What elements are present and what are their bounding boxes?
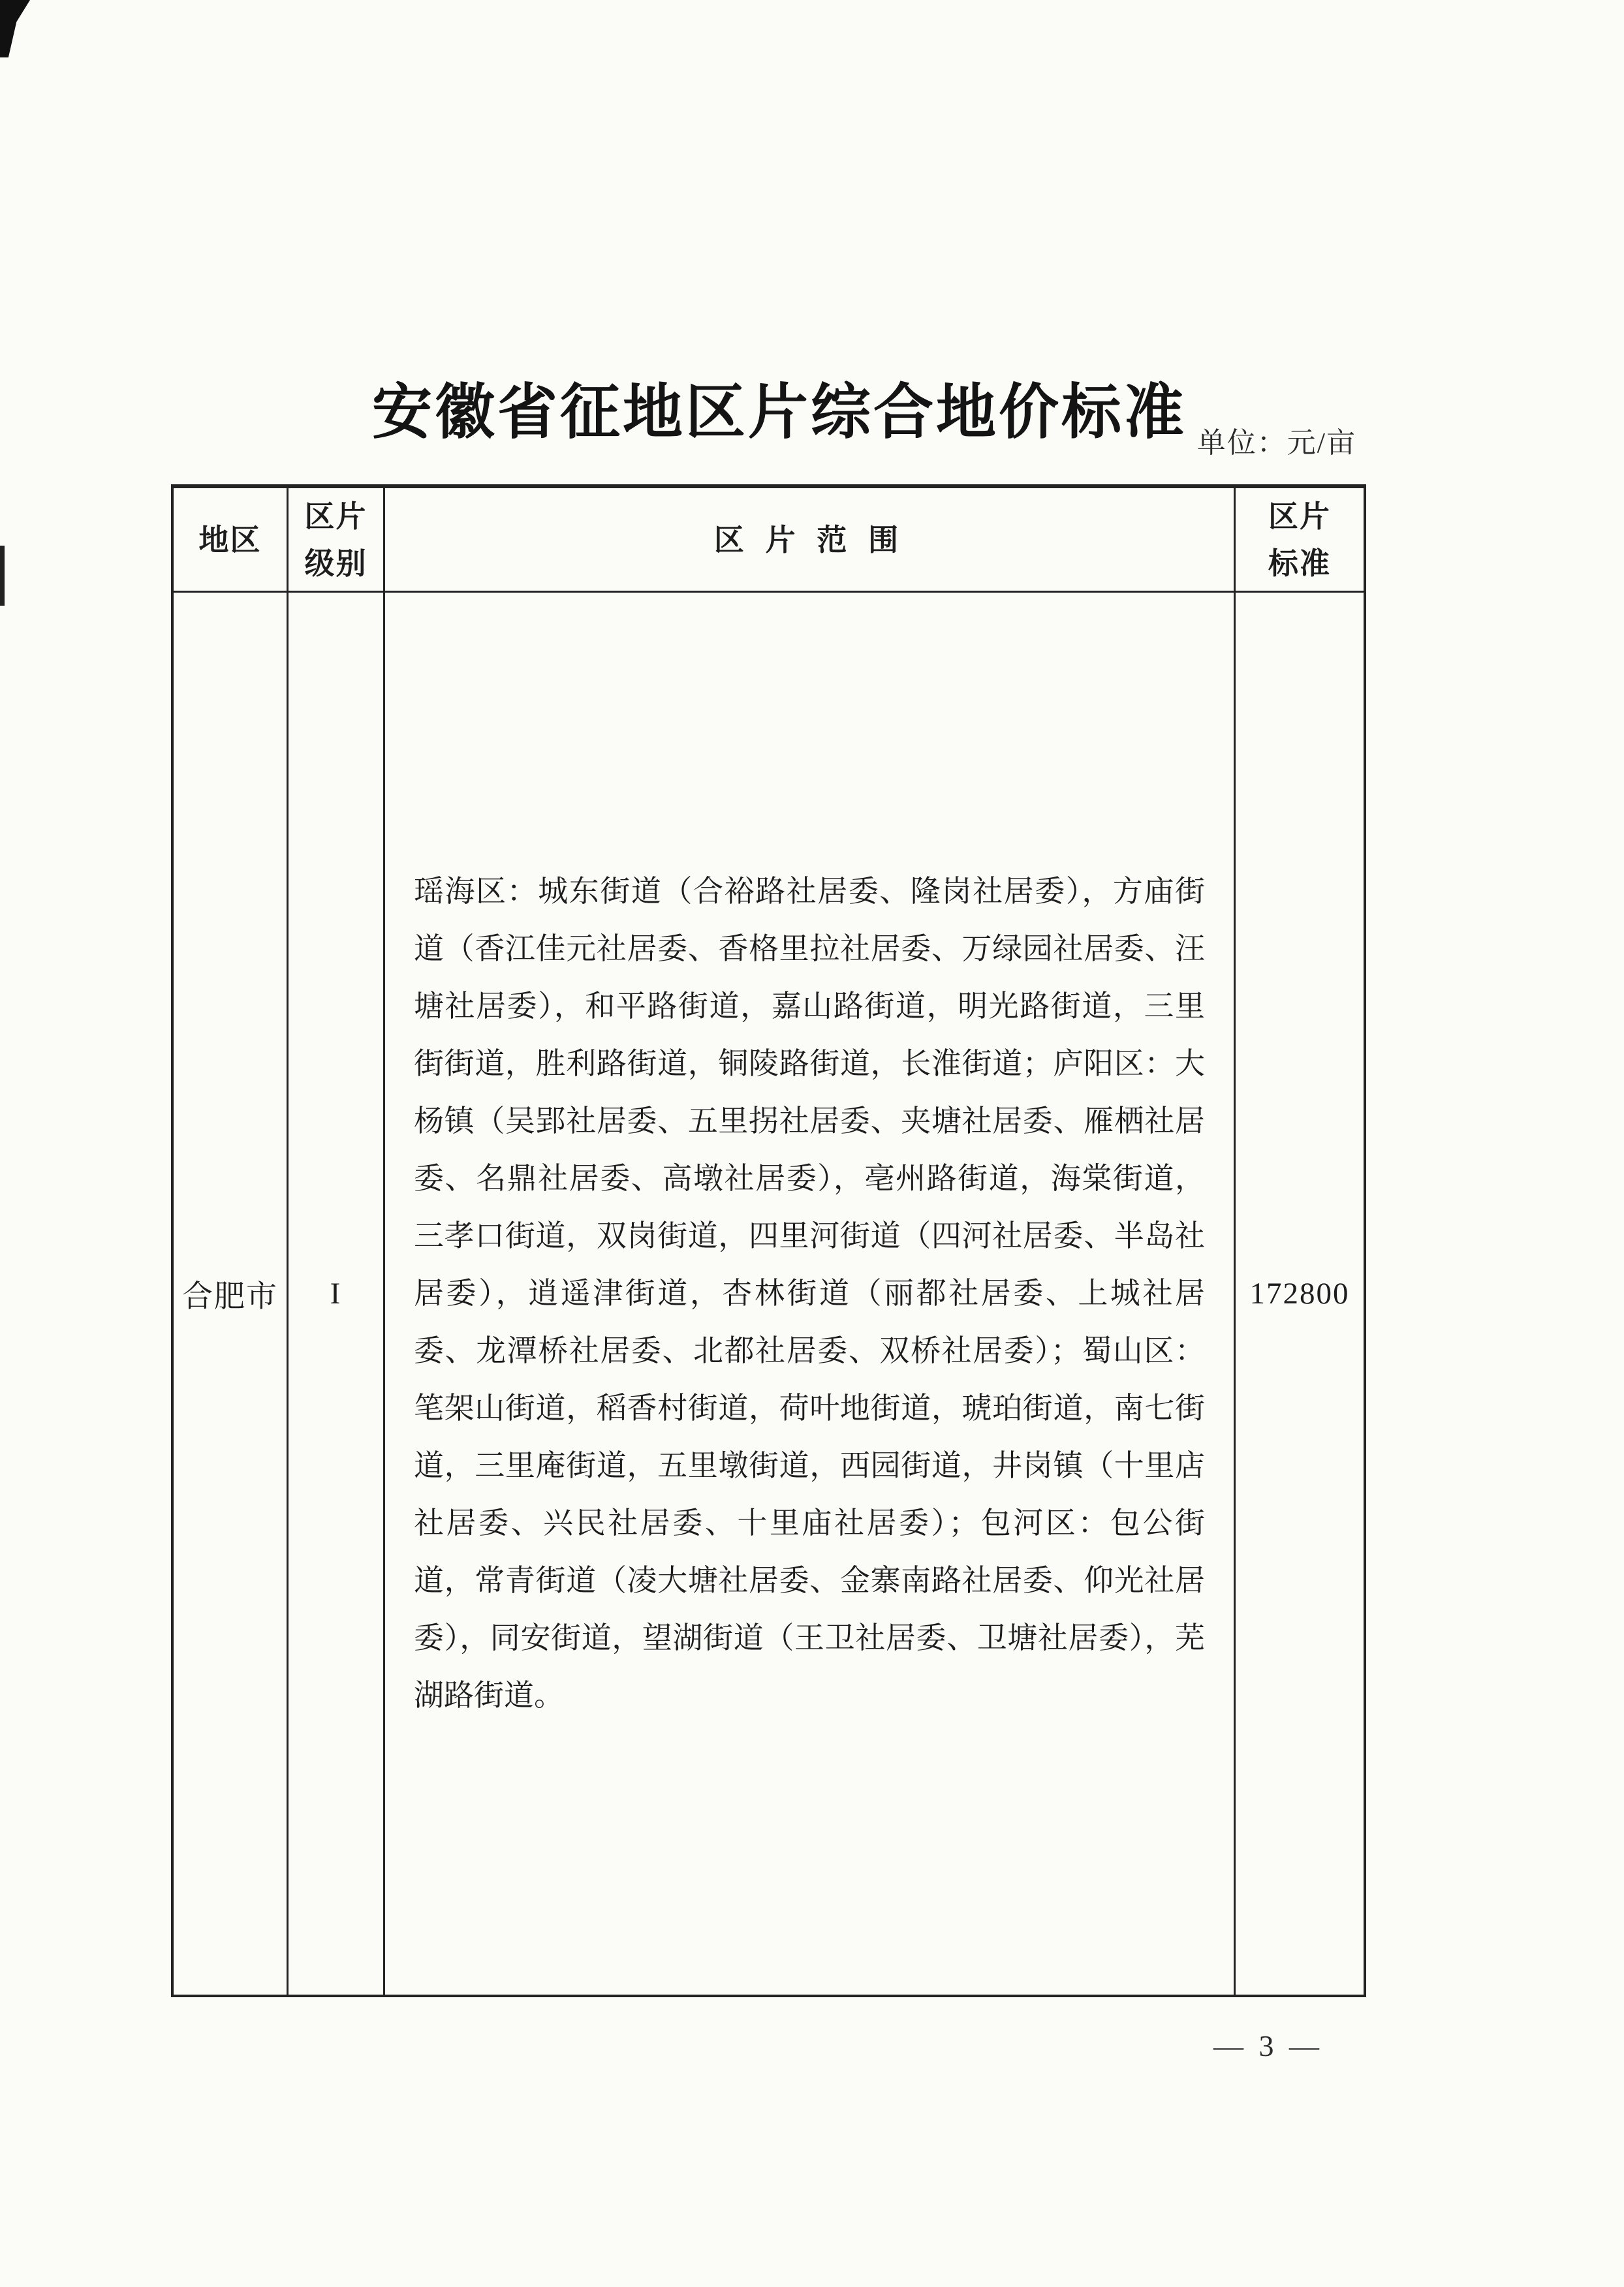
table-row: 合肥市 I 瑶海区：城东街道（合裕路社居委、隆岗社居委），方庙街道（香江佳元社居…: [174, 593, 1364, 1995]
header-level-line2: 级别: [305, 540, 367, 587]
header-area-label: 地区: [199, 516, 262, 563]
header-standard-line1: 区片: [1268, 493, 1331, 540]
cell-standard-value: 172800: [1250, 1276, 1350, 1311]
page-number: — 3 —: [1167, 2029, 1369, 2063]
cell-standard: 172800: [1236, 593, 1364, 1995]
unit-note: 单位：元/亩: [1197, 419, 1356, 461]
table-header-row: 地区 区片 级别 区 片 范 围 区片 标准: [174, 488, 1364, 593]
header-standard: 区片 标准: [1236, 488, 1364, 591]
cell-level: I: [289, 593, 385, 1995]
scan-edge-mark: [0, 546, 5, 606]
land-price-table: 地区 区片 级别 区 片 范 围 区片 标准 合肥市 I 瑶海区：城东街道（合裕…: [171, 484, 1366, 1997]
scan-corner-mark: [0, 0, 30, 57]
cell-range-value: 瑶海区：城东街道（合裕路社居委、隆岗社居委），方庙街道（香江佳元社居委、香格里拉…: [385, 863, 1234, 1724]
cell-range: 瑶海区：城东街道（合裕路社居委、隆岗社居委），方庙街道（香江佳元社居委、香格里拉…: [385, 593, 1236, 1995]
cell-area-value: 合肥市: [182, 1272, 278, 1316]
cell-area: 合肥市: [174, 593, 289, 1995]
cell-level-value: I: [330, 1276, 342, 1311]
header-range-label: 区 片 范 围: [714, 516, 905, 563]
header-range: 区 片 范 围: [385, 488, 1236, 591]
header-standard-line2: 标准: [1268, 540, 1331, 587]
header-area: 地区: [174, 488, 289, 591]
header-level: 区片 级别: [289, 488, 385, 591]
header-level-line1: 区片: [305, 493, 367, 540]
